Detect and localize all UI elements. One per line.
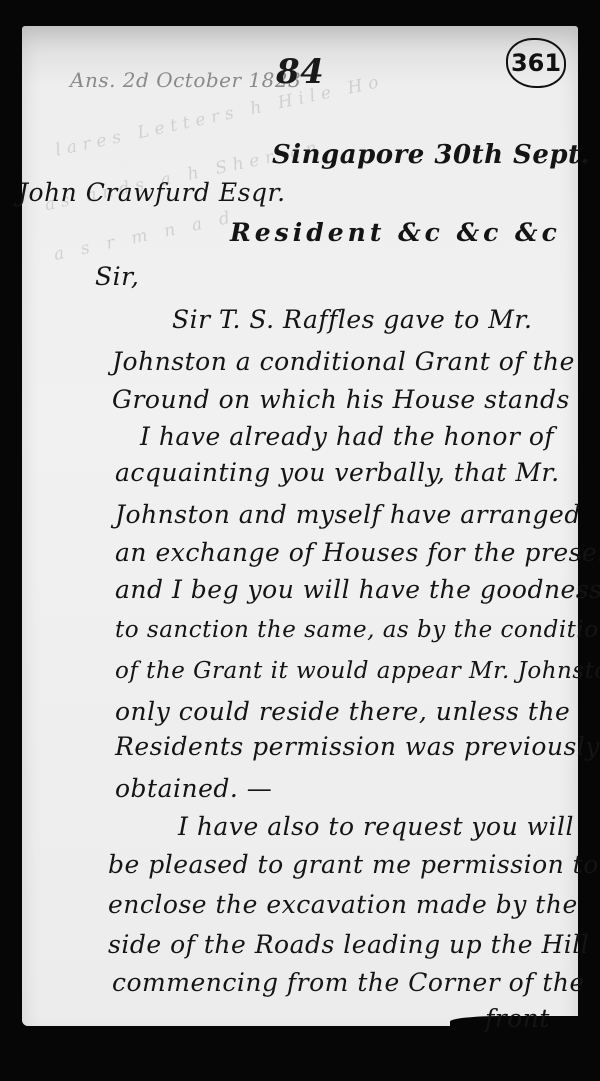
body-line: Sir T. S. Raffles gave to Mr. bbox=[172, 305, 532, 334]
body-line: enclose the excavation made by the bbox=[108, 890, 578, 919]
body-line: acquainting you verbally, that Mr. bbox=[115, 458, 560, 487]
body-line: Johnston a conditional Grant of the bbox=[112, 347, 575, 376]
addressee-name: John Crawfurd Esqr. bbox=[18, 178, 286, 207]
body-line: commencing from the Corner of the bbox=[112, 968, 585, 997]
body-line: Ground on which his House stands bbox=[112, 385, 570, 414]
body-line: and I beg you will have the goodness bbox=[115, 575, 600, 604]
body-line: an exchange of Houses for the present bbox=[115, 538, 600, 567]
body-line: obtained. — bbox=[115, 774, 272, 803]
place-date: Singapore 30th Sept. 1823 bbox=[272, 140, 600, 170]
show-through-ink: a s r m n a d bbox=[52, 207, 238, 265]
body-line: to sanction the same, as by the conditio… bbox=[115, 617, 600, 643]
body-line: side of the Roads leading up the Hill bbox=[108, 930, 589, 959]
addressee-title: Resident &c &c &c bbox=[230, 218, 561, 247]
circled-page-number: 361 bbox=[506, 38, 566, 88]
body-line: Residents permission was previously bbox=[115, 732, 600, 761]
body-line: only could reside there, unless the bbox=[115, 697, 570, 726]
body-line: of the Grant it would appear Mr. Johnsto… bbox=[115, 658, 600, 684]
pencil-annotation: Ans. 2d October 1823 bbox=[70, 68, 301, 92]
body-line: I have also to request you will bbox=[178, 812, 574, 841]
catchword: front bbox=[485, 1004, 550, 1033]
body-line: I have already had the honor of bbox=[140, 422, 554, 451]
salutation: Sir, bbox=[95, 262, 139, 291]
body-line: Johnston and myself have arranged bbox=[115, 500, 581, 529]
body-line: be pleased to grant me permission to bbox=[108, 850, 599, 879]
folio-number: 84 bbox=[276, 52, 324, 92]
